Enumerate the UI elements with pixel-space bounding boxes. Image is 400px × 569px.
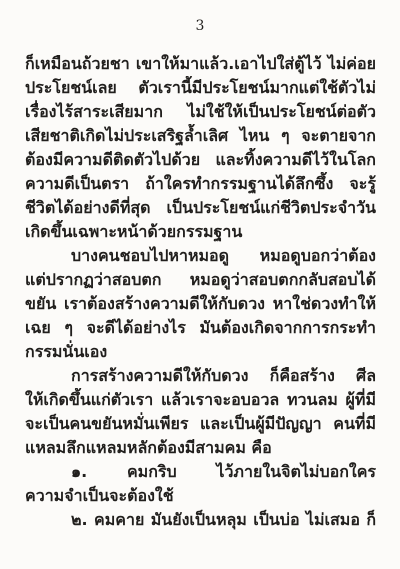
text-line: เกิดขึ้นเฉพาะหน้าด้วยกรรมฐาน: [25, 220, 376, 244]
text-line: แหลมลึกแหลมหลักต้องมีสามคม คือ: [25, 436, 376, 460]
text-line: ขยัน เราต้องสร้างความดีให้กับดวง หาใช่ดว…: [25, 292, 376, 316]
text-line: จะเป็นคนขยันหมั่นเพียร และเป็นผู้มีปัญญา…: [25, 412, 376, 436]
text-line: ความจำเป็นจะต้องใช้: [25, 484, 376, 508]
text-line: เรื่องไร้สาระเสียมาก ไม่ใช้ให้เป็นประโยช…: [25, 100, 376, 124]
text-line: กรรมนั่นเอง: [25, 340, 376, 364]
text-line: ให้เกิดขึ้นแก่ตัวเรา แล้วเราจะอบอวล ทวนล…: [25, 388, 376, 412]
body-text-block: ก็เหมือนถ้วยชา เขาให้มาแล้ว.เอาไปใส่ตู้ไ…: [25, 52, 376, 532]
text-line: ๑. คมกริบ ไว้ภายในจิตไม่บอกใคร แสดงออกใน…: [25, 460, 376, 484]
text-line: แต่ปรากฏว่าสอบตก หมอดูว่าสอบตกกลับสอบได้…: [25, 268, 376, 292]
page-number: 3: [0, 18, 400, 34]
text-line: ต้องมีความดีติดตัวไปด้วย และทิ้งความดีไว…: [25, 148, 376, 172]
text-line: ชีวิตได้อย่างดีที่สุด เป็นประโยชน์แก่ชีว…: [25, 196, 376, 220]
scanned-book-page: 3 ก็เหมือนถ้วยชา เขาให้มาแล้ว.เอาไปใส่ตู…: [0, 0, 400, 569]
text-line: ประโยชน์เลย ตัวเรานี้มีประโยชน์มากแต่ใช้…: [25, 76, 376, 100]
text-line: เสียชาติเกิดไม่ประเสริฐล้ำเลิศ ไหน ๆ จะต…: [25, 124, 376, 148]
text-line: ก็เหมือนถ้วยชา เขาให้มาแล้ว.เอาไปใส่ตู้ไ…: [25, 52, 376, 76]
text-line: ความดีเป็นตรา ถ้าใครทำกรรมฐานได้ลึกซึ้ง …: [25, 172, 376, 196]
text-line: เฉย ๆ จะดีได้อย่างไร มันต้องเกิดจากการกร…: [25, 316, 376, 340]
text-line: บางคนชอบไปหาหมอดู หมอดูบอกว่าต้องสอบได้ท…: [25, 244, 376, 268]
text-line: ๒. คมคาย มันยังเป็นหลุม เป็นบ่อ ไม่เสมอ …: [25, 508, 376, 532]
text-line: การสร้างความดีให้กับดวง ก็คือสร้าง ศีล ส…: [25, 364, 376, 388]
